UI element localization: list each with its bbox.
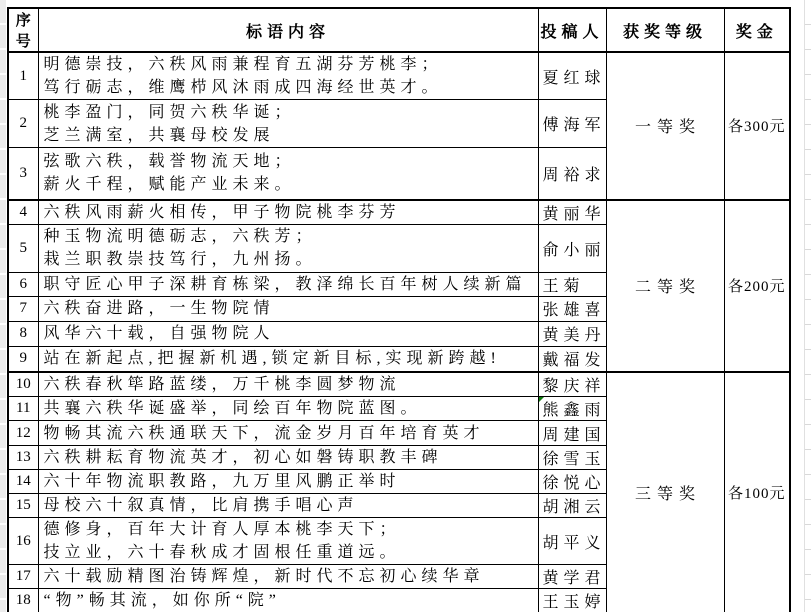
row-number-cell[interactable]: 14 [8, 470, 38, 494]
slogan-line: “物”畅其流，如你所“院” [44, 589, 538, 612]
award-level-cell[interactable]: 二等奖 [606, 200, 724, 373]
contributor-cell[interactable]: 王菊 [538, 272, 606, 296]
slogan-cell[interactable]: 桃李盈门，同贺六秩华诞； 芝兰满室，共襄母校发展 [38, 100, 538, 148]
row-number-cell[interactable]: 8 [8, 321, 38, 346]
slogan-line: 六十载励精图治铸辉煌，新时代不忘初心续华章 [44, 565, 538, 588]
slogan-line: 站在新起点,把握新机遇,锁定新目标,实现新跨越! [44, 347, 538, 370]
contributor-cell[interactable]: 徐悦心 [538, 470, 606, 494]
row-number-cell[interactable]: 18 [8, 589, 38, 612]
slogan-cell[interactable]: 母校六十叙真情，比肩携手唱心声 [38, 494, 538, 518]
slogan-cell[interactable]: 六秩耕耘育物流英才，初心如磐铸职教丰碑 [38, 446, 538, 470]
cell-comment-marker [539, 397, 544, 402]
row-number-cell[interactable]: 6 [8, 272, 38, 296]
contributor-cell[interactable]: 王玉婷 [538, 589, 606, 612]
contributor-cell[interactable]: 俞小丽 [538, 224, 606, 272]
contributor-cell[interactable]: 徐雪玉 [538, 446, 606, 470]
header-row: 序号 标语内容 投稿人 获奖等级 奖金 [8, 8, 790, 52]
row-number-cell[interactable]: 5 [8, 224, 38, 272]
contributor-cell[interactable]: 黄美丹 [538, 321, 606, 346]
row-number-cell[interactable]: 2 [8, 100, 38, 148]
slogan-cell[interactable]: 风华六十载，自强物院人 [38, 321, 538, 346]
slogan-cell[interactable]: 种玉物流明德砺志，六秩芳； 栽兰职教崇技笃行，九州扬。 [38, 224, 538, 272]
slogan-line: 六秩耕耘育物流英才，初心如磐铸职教丰碑 [44, 446, 538, 469]
sheet-left-gridlines [0, 0, 6, 612]
prize-cell[interactable]: 各100元 [724, 372, 790, 612]
slogan-line: 技立业，六十春秋成才固根任重道远。 [44, 541, 538, 564]
slogan-cell[interactable]: 共襄六秩华诞盛举，同绘百年物院蓝图。 [38, 397, 538, 421]
slogan-cell[interactable]: 德修身，百年大计育人厚本桃李天下； 技立业，六十春秋成才固根任重道远。 [38, 518, 538, 565]
contributor-cell[interactable]: 戴福发 [538, 346, 606, 372]
row-number-cell[interactable]: 7 [8, 296, 38, 321]
slogan-line: 共襄六秩华诞盛举，同绘百年物院蓝图。 [44, 397, 538, 420]
header-slogan[interactable]: 标语内容 [38, 8, 538, 52]
slogan-line: 芝兰满室，共襄母校发展 [44, 124, 538, 147]
contributor-cell[interactable]: 胡平义 [538, 518, 606, 565]
slogan-cell[interactable]: 六秩风雨薪火相传，甲子物院桃李芬芳 [38, 200, 538, 225]
slogan-cell[interactable]: 站在新起点,把握新机遇,锁定新目标,实现新跨越! [38, 346, 538, 372]
slogan-line: 风华六十载，自强物院人 [44, 322, 538, 345]
slogan-line: 明德崇技，六秩风雨兼程育五湖芬芳桃李； [44, 53, 538, 76]
slogan-line: 种玉物流明德砺志，六秩芳； [44, 225, 538, 248]
contributor-cell[interactable]: 周裕求 [538, 148, 606, 200]
row-number-cell[interactable]: 15 [8, 494, 38, 518]
row-number-cell[interactable]: 12 [8, 421, 38, 446]
contributor-name: 熊鑫雨 [543, 402, 606, 419]
slogan-cell[interactable]: 六秩春秋筚路蓝缕，万千桃李圆梦物流 [38, 372, 538, 397]
slogan-cell[interactable]: 六秩奋进路，一生物院情 [38, 296, 538, 321]
table-row: 10 六秩春秋筚路蓝缕，万千桃李圆梦物流 黎庆祥 三等奖 各100元 [8, 372, 790, 397]
slogan-line: 德修身，百年大计育人厚本桃李天下； [44, 518, 538, 541]
slogan-line: 物畅其流六秩通联天下，流金岁月百年培育英才 [44, 422, 538, 445]
award-level-cell[interactable]: 一等奖 [606, 52, 724, 200]
row-number-cell[interactable]: 4 [8, 200, 38, 225]
row-number-cell[interactable]: 3 [8, 148, 38, 200]
slogan-line: 六秩奋进路，一生物院情 [44, 297, 538, 320]
slogan-cell[interactable]: 弦歌六秩，载誉物流天地； 薪火千程，赋能产业未来。 [38, 148, 538, 200]
slogan-cell[interactable]: 职守匠心甲子深耕育栋梁，教泽绵长百年树人续新篇 [38, 272, 538, 296]
header-contributor[interactable]: 投稿人 [538, 8, 606, 52]
contributor-cell[interactable]: 黄丽华 [538, 200, 606, 225]
prize-cell[interactable]: 各200元 [724, 200, 790, 373]
table-row: 4 六秩风雨薪火相传，甲子物院桃李芬芳 黄丽华 二等奖 各200元 [8, 200, 790, 225]
slogan-line: 母校六十叙真情，比肩携手唱心声 [44, 494, 538, 517]
row-number-cell[interactable]: 11 [8, 397, 38, 421]
header-award[interactable]: 获奖等级 [606, 8, 724, 52]
slogan-cell[interactable]: 六十年物流职教路，九万里风鹏正举时 [38, 470, 538, 494]
contributor-cell[interactable]: 周建国 [538, 421, 606, 446]
header-no[interactable]: 序号 [8, 8, 38, 52]
header-prize[interactable]: 奖金 [724, 8, 790, 52]
slogan-cell[interactable]: “物”畅其流，如你所“院” [38, 589, 538, 612]
prize-cell[interactable]: 各300元 [724, 52, 790, 200]
row-number-cell[interactable]: 9 [8, 346, 38, 372]
slogan-cell[interactable]: 六十载励精图治铸辉煌，新时代不忘初心续华章 [38, 565, 538, 589]
slogan-line: 栽兰职教崇技笃行，九州扬。 [44, 248, 538, 271]
slogan-line: 六十年物流职教路，九万里风鹏正举时 [44, 470, 538, 493]
contributor-cell[interactable]: 张雄喜 [538, 296, 606, 321]
table-row: 1 明德崇技，六秩风雨兼程育五湖芬芳桃李； 笃行砺志，维鹰栉风沐雨成四海经世英才… [8, 52, 790, 100]
row-number-cell[interactable]: 13 [8, 446, 38, 470]
contributor-cell[interactable]: 黎庆祥 [538, 372, 606, 397]
slogan-cell[interactable]: 明德崇技，六秩风雨兼程育五湖芬芳桃李； 笃行砺志，维鹰栉风沐雨成四海经世英才。 [38, 52, 538, 100]
slogan-line: 笃行砺志，维鹰栉风沐雨成四海经世英才。 [44, 76, 538, 99]
sheet-right-gridlines [804, 0, 811, 612]
slogan-line: 职守匠心甲子深耕育栋梁，教泽绵长百年树人续新篇 [44, 273, 538, 296]
contributor-cell[interactable]: 胡湘云 [538, 494, 606, 518]
award-level-cell[interactable]: 三等奖 [606, 372, 724, 612]
slogan-awards-table: 序号 标语内容 投稿人 获奖等级 奖金 1 明德崇技，六秩风雨兼程育五湖芬芳桃李… [7, 7, 791, 612]
slogan-line: 薪火千程，赋能产业未来。 [44, 173, 538, 196]
row-number-cell[interactable]: 16 [8, 518, 38, 565]
row-number-cell[interactable]: 1 [8, 52, 38, 100]
row-number-cell[interactable]: 17 [8, 565, 38, 589]
slogan-line: 桃李盈门，同贺六秩华诞； [44, 101, 538, 124]
contributor-cell[interactable]: 黄学君 [538, 565, 606, 589]
contributor-cell[interactable]: 傅海军 [538, 100, 606, 148]
slogan-line: 六秩风雨薪火相传，甲子物院桃李芬芳 [44, 201, 538, 224]
contributor-cell[interactable]: 熊鑫雨 [538, 397, 606, 421]
contributor-cell[interactable]: 夏红球 [538, 52, 606, 100]
row-number-cell[interactable]: 10 [8, 372, 38, 397]
slogan-cell[interactable]: 物畅其流六秩通联天下，流金岁月百年培育英才 [38, 421, 538, 446]
slogan-line: 弦歌六秩，载誉物流天地； [44, 150, 538, 173]
slogan-line: 六秩春秋筚路蓝缕，万千桃李圆梦物流 [44, 373, 538, 396]
